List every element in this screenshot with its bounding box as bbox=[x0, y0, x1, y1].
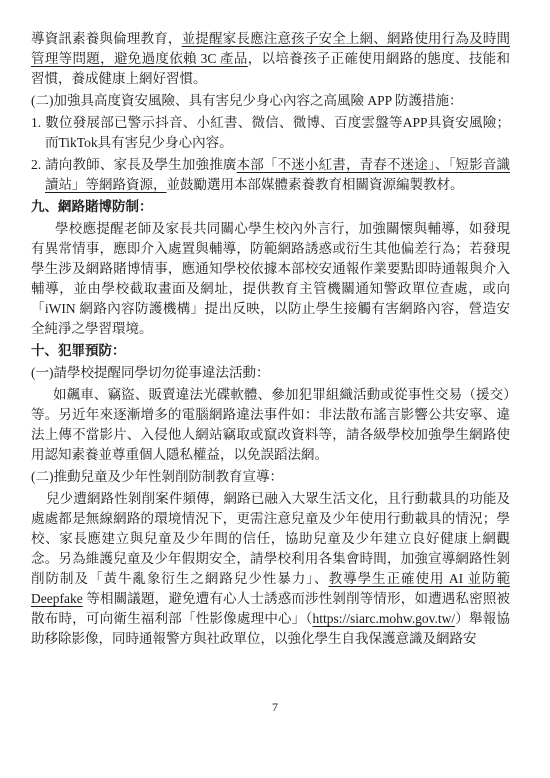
item-number: 1. bbox=[31, 113, 45, 133]
text-segment: 導資訊素養與倫理教育， bbox=[31, 31, 182, 46]
numbered-item-1: 1.數位發展部已警示抖音、小紅書、微信、微博、百度雲盤等APP具資安風險；而Ti… bbox=[31, 113, 510, 153]
numbered-item-1-text: 數位發展部已警示抖音、小紅書、微信、微博、百度雲盤等APP具資安風險；而TikT… bbox=[45, 115, 510, 150]
section-10-sub-2-paragraph: 兒少遭網路性剝削案件頻傳，網路已融入大眾生活文化，且行動載具的功能及處處都是無線… bbox=[31, 489, 510, 649]
text-segment: 數位發展部已警示抖音、小紅書、微信、微博、百度雲盤等APP具資安風險；而TikT… bbox=[45, 115, 510, 150]
section-10-sub-1-paragraph: 如飆車、竊盜、販賣違法光碟軟體、參加犯罪組織活動或從事性交易（援交）等。另近年來… bbox=[31, 385, 510, 465]
hyperlink[interactable]: https://siarc.mohw.gov.tw/ bbox=[312, 611, 455, 626]
paragraph-continuation: 導資訊素養與倫理教育，並提醒家長應注意孩子安全上網、網路使用行為及時間管理等問題… bbox=[31, 29, 510, 89]
page-number: 7 bbox=[0, 697, 550, 717]
section-9-heading: 九、網路賭博防制： bbox=[31, 197, 510, 217]
section-10-sub-1-header: (一)請學校提醒同學切勿從事違法活動： bbox=[31, 363, 510, 383]
text-segment: 學校應提醒老師及家長共同關心學生校內外言行，加強關懷與輔導，如發現有異常情事，應… bbox=[31, 221, 510, 336]
item-number: 2. bbox=[31, 155, 45, 175]
numbered-item-2: 2.請向教師、家長及學生加強推廣本部「不迷小紅書，青春不迷途」、「短影音識讀站」… bbox=[31, 155, 510, 195]
item-2-header: (二)加強具高度資安風險、具有害兒少身心內容之高風險 APP 防護措施： bbox=[31, 91, 510, 111]
document-page: 導資訊素養與倫理教育，並提醒家長應注意孩子安全上網、網路使用行為及時間管理等問題… bbox=[0, 0, 550, 778]
section-9-paragraph: 學校應提醒老師及家長共同關心學生校內外言行，加強關懷與輔導，如發現有異常情事，應… bbox=[31, 219, 510, 339]
numbered-item-2-text: 請向教師、家長及學生加強推廣本部「不迷小紅書，青春不迷途」、「短影音識讀站」等網… bbox=[45, 157, 510, 192]
text-segment: 並鼓勵選用本部媒體素養教育相關資源編製教材。 bbox=[167, 177, 464, 192]
section-10-heading: 十、犯罪預防： bbox=[31, 341, 510, 361]
text-segment: 請向教師、家長及學生加強推廣 bbox=[45, 157, 237, 172]
text-segment: 如飆車、竊盜、販賣違法光碟軟體、參加犯罪組織活動或從事性交易（援交）等。另近年來… bbox=[31, 387, 510, 462]
section-10-sub-2-header: (二)推動兒童及少年性剝削防制教育宣導： bbox=[31, 467, 510, 487]
